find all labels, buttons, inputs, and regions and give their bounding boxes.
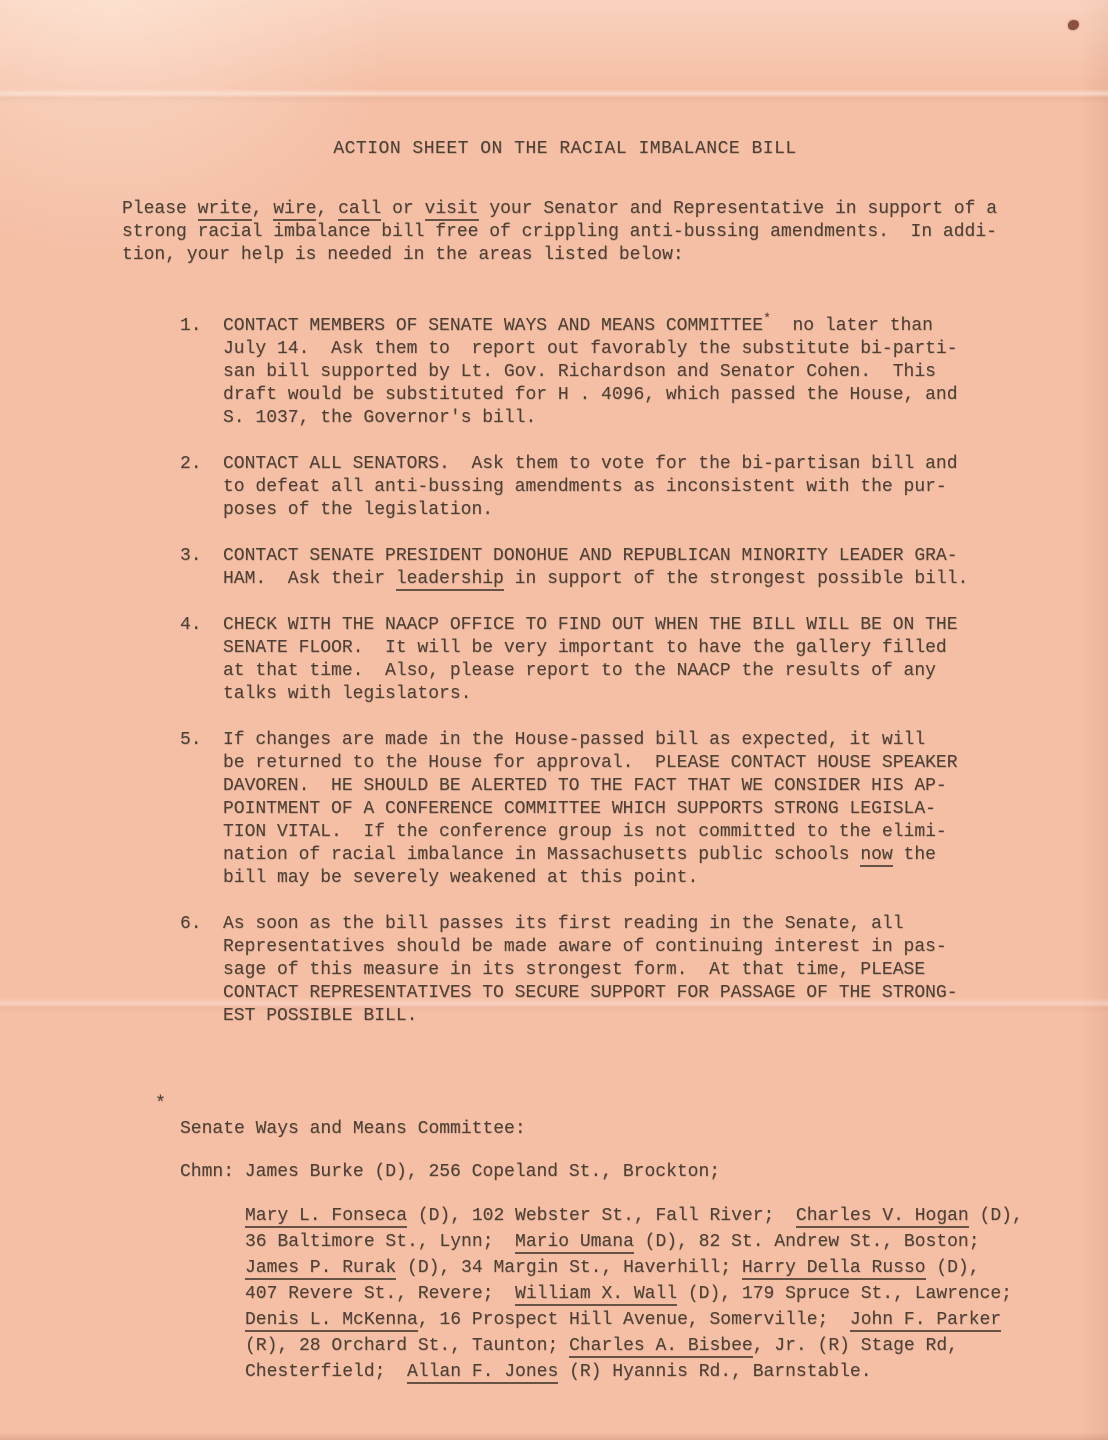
text-segment: (R), 28 Orchard St., Taunton; [245,1336,569,1356]
text-segment: CONTACT ALL SENATORS. Ask them to vote f… [223,454,958,520]
item-number: 6. [180,913,223,1028]
underlined-text: call [338,199,381,221]
document-page: ACTION SHEET ON THE RACIAL IMBALANCE BIL… [0,0,1108,1440]
text-segment: , 16 Prospect Hill Avenue, Somerville; [418,1310,850,1330]
underlined-text: Mary L. Fonseca [245,1206,407,1228]
text-segment: , [252,199,274,219]
text-segment: (D), 34 Margin St., Haverhill; [396,1258,742,1278]
item-text: CONTACT SENATE PRESIDENT DONOHUE AND REP… [223,545,968,591]
text-segment: in support of the strongest possible bil… [504,569,968,589]
underlined-text: John F. Parker [850,1310,1001,1332]
item-number: 3. [180,545,223,591]
underlined-text: wire [273,199,316,221]
footnote-heading: Senate Ways and Means Committee: [180,1118,1008,1141]
text-segment: Please [122,199,198,219]
underlined-text: Allan F. Jones [407,1362,558,1384]
action-item-4: 4. CHECK WITH THE NAACP OFFICE TO FIND O… [180,614,1008,706]
text-segment: (D), 102 Webster St., Fall River; [407,1206,796,1226]
text-segment: If changes are made in the House-passed … [223,730,958,865]
underlined-text: Mario Umana [515,1232,634,1254]
intro-paragraph: Please write, wire, call or visit your S… [122,198,1008,267]
item-text: CONTACT MEMBERS OF SENATE WAYS AND MEANS… [223,315,958,430]
item-text: CONTACT ALL SENATORS. Ask them to vote f… [223,453,958,522]
action-item-1: 1. CONTACT MEMBERS OF SENATE WAYS AND ME… [180,315,1008,430]
text-segment: (D), 179 Spruce St., Lawrence; [677,1284,1012,1304]
text-segment: CHECK WITH THE NAACP OFFICE TO FIND OUT … [223,615,958,704]
text-segment: CONTACT MEMBERS OF SENATE WAYS AND MEANS… [223,316,763,336]
text-segment: (R) Hyannis Rd., Barnstable. [558,1362,871,1382]
item-text: As soon as the bill passes its first rea… [223,913,958,1028]
action-item-6: 6. As soon as the bill passes its first … [180,913,1008,1028]
text-segment: or [381,199,424,219]
underlined-text: Harry Della Russo [742,1258,926,1280]
underlined-text: visit [425,199,479,221]
action-items-list: 1. CONTACT MEMBERS OF SENATE WAYS AND ME… [122,315,1008,1028]
chairman-line: Chmn: James Burke (D), 256 Copeland St.,… [180,1161,1008,1184]
text-segment: As soon as the bill passes its first rea… [223,914,958,1026]
item-text: CHECK WITH THE NAACP OFFICE TO FIND OUT … [223,614,958,706]
item-number: 1. [180,315,223,430]
item-text: If changes are made in the House-passed … [223,729,958,890]
ink-dot [1068,20,1079,30]
document-title: ACTION SHEET ON THE RACIAL IMBALANCE BIL… [122,0,1008,161]
underlined-text: Charles V. Hogan [796,1206,969,1228]
action-item-5: 5. If changes are made in the House-pass… [180,729,1008,890]
committee-members: Mary L. Fonseca (D), 102 Webster St., Fa… [245,1203,1008,1385]
item-number: 2. [180,453,223,522]
item-number: 5. [180,729,223,890]
underlined-text: leadership [396,569,504,591]
underlined-text: write [198,199,252,221]
text-segment: , [316,199,338,219]
action-item-2: 2. CONTACT ALL SENATORS. Ask them to vot… [180,453,1008,522]
underlined-text: James P. Rurak [245,1258,396,1280]
document-content: ACTION SHEET ON THE RACIAL IMBALANCE BIL… [122,0,1008,1385]
underlined-text: Charles A. Bisbee [569,1336,753,1358]
underlined-text: now [860,845,892,867]
action-item-3: 3. CONTACT SENATE PRESIDENT DONOHUE AND … [180,545,1008,591]
item-number: 4. [180,614,223,706]
underlined-text: William X. Wall [515,1284,677,1306]
footnote-marker: * [155,1093,1008,1116]
underlined-text: Denis L. McKenna [245,1310,418,1332]
text-segment: (D), 82 St. Andrew St., Boston; [634,1232,980,1252]
